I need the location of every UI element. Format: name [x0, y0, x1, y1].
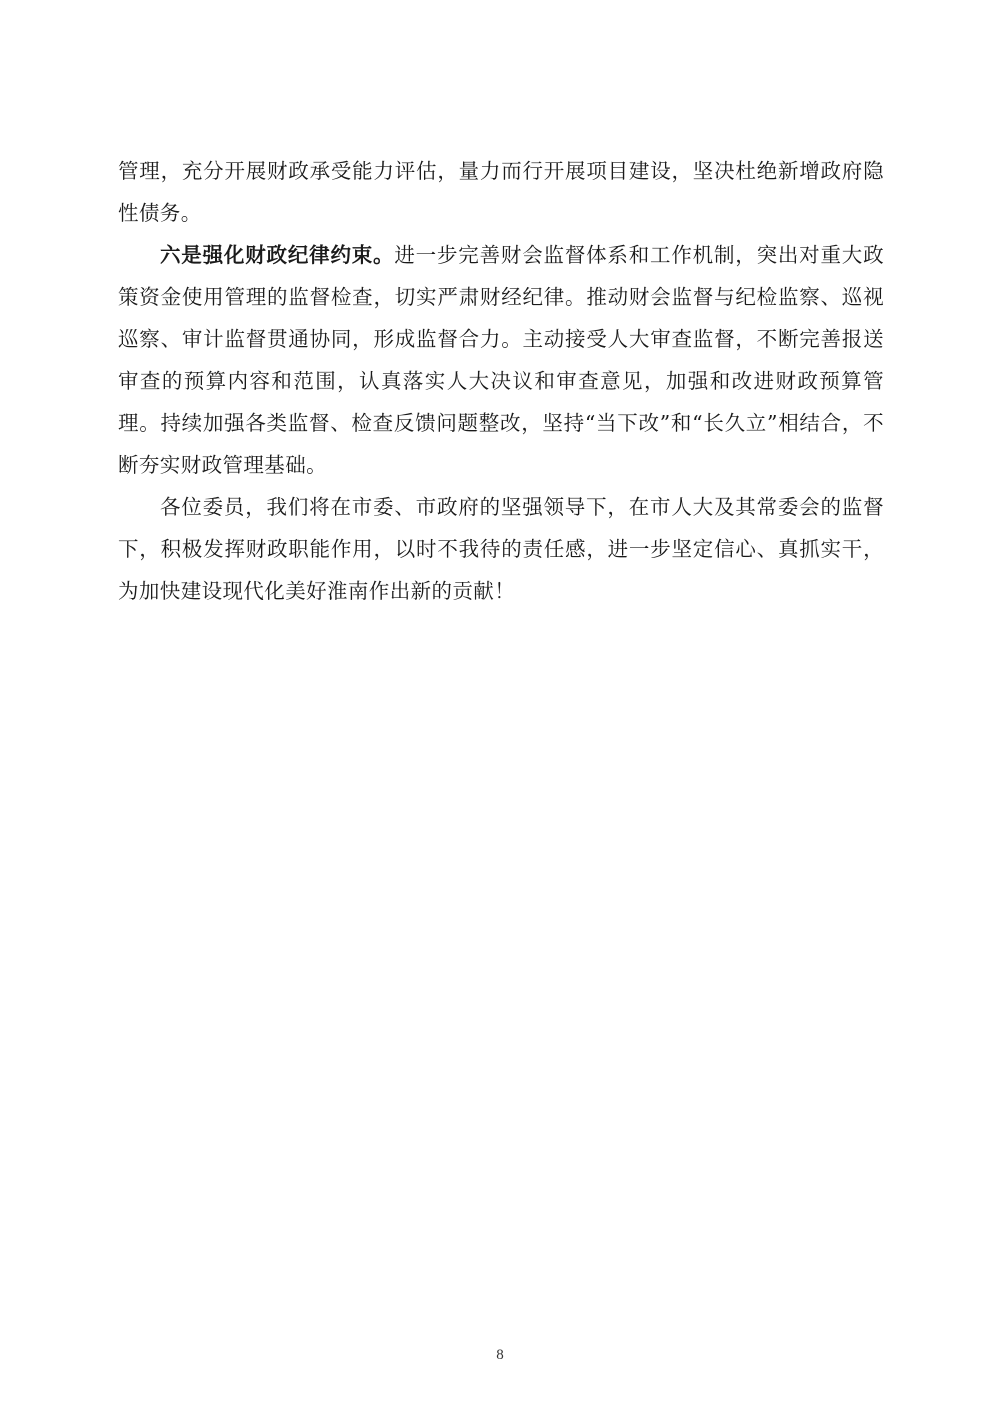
paragraph-text: 进一步完善财会监督体系和工作机制，突出对重大政策资金使用管理的监督检查，切实严肃…: [118, 243, 884, 477]
paragraph-lead-heading: 六是强化财政纪律约束。: [160, 243, 394, 267]
paragraph-continuation: 管理，充分开展财政承受能力评估，量力而行开展项目建设，坚决杜绝新增政府隐性债务。: [118, 150, 884, 234]
paragraph-text: 管理，充分开展财政承受能力评估，量力而行开展项目建设，坚决杜绝新增政府隐性债务。: [118, 159, 884, 225]
document-body: 管理，充分开展财政承受能力评估，量力而行开展项目建设，坚决杜绝新增政府隐性债务。…: [118, 150, 884, 612]
paragraph-text: 各位委员，我们将在市委、市政府的坚强领导下，在市人大及其常委会的监督下，积极发挥…: [118, 495, 884, 603]
page-number: 8: [0, 1347, 1000, 1364]
paragraph-fiscal-discipline: 六是强化财政纪律约束。进一步完善财会监督体系和工作机制，突出对重大政策资金使用管…: [118, 234, 884, 486]
paragraph-closing: 各位委员，我们将在市委、市政府的坚强领导下，在市人大及其常委会的监督下，积极发挥…: [118, 486, 884, 612]
